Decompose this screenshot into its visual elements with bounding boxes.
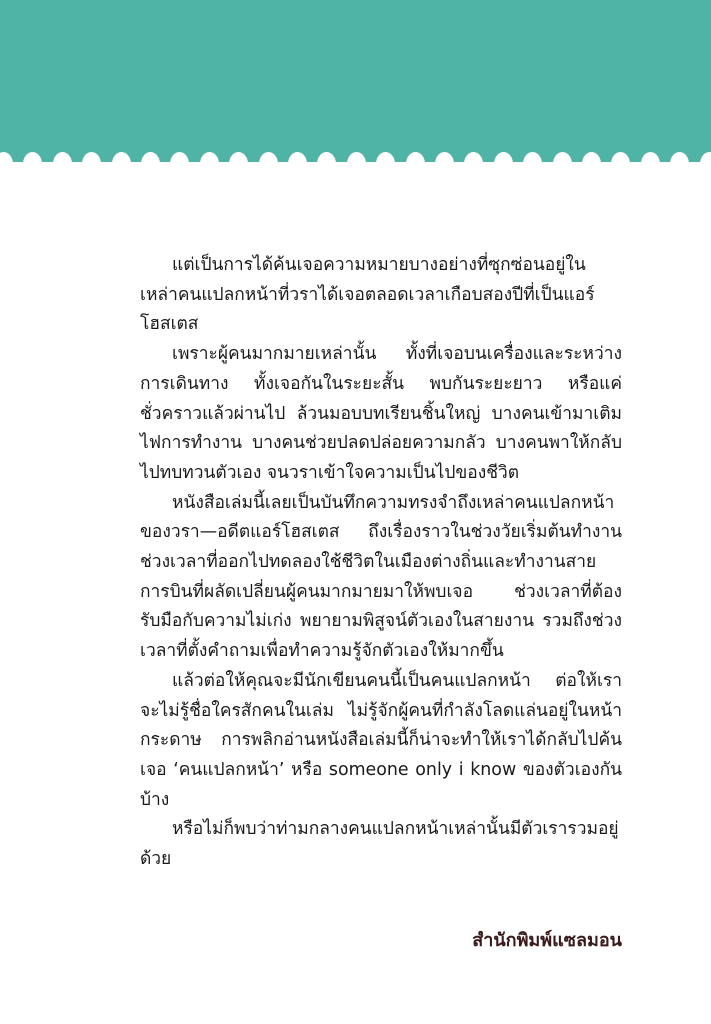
scallop-bump [170,152,189,172]
paragraph: เพราะผู้คนมากมายเหล่านั้น ทั้งที่เจอบนเค… [140,340,622,489]
scallop-bump [406,152,425,172]
paragraph: แต่เป็นการได้ค้นเจอความหมายบางอย่างที่ซุ… [140,251,622,340]
scalloped-edge [0,152,711,164]
scallop-bump [435,152,454,172]
scallop-bump [523,152,542,172]
scallop-bump [317,152,336,172]
scallop-bump [288,152,307,172]
scallop-bump [347,152,366,172]
header-band [0,0,711,162]
scallop-bump [582,152,601,172]
scallop-bump [611,152,630,172]
scallop-bump [376,152,395,172]
scallop-bump [700,152,711,172]
paragraph: หนังสือเล่มนี้เลยเป็นบันทึกความทรงจำถึงเ… [140,489,622,667]
scallop-bump [112,152,131,172]
paragraph: หรือไม่ก็พบว่าท่ามกลางคนแปลกหน้าเหล่านั้… [140,815,622,874]
scallop-bump [670,152,689,172]
scallop-bump [0,152,13,172]
scallop-bump [259,152,278,172]
publisher-signature: สำนักพิมพ์แซลมอน [472,928,622,954]
scallop-bump [229,152,248,172]
scallop-bump [82,152,101,172]
paragraph: แล้วต่อให้คุณจะมีนักเขียนคนนี้เป็นคนแปลก… [140,667,622,816]
scallop-bump [464,152,483,172]
body-text: แต่เป็นการได้ค้นเจอความหมายบางอย่างที่ซุ… [140,251,622,875]
scallop-bump [494,152,513,172]
scallop-bump [641,152,660,172]
scallop-bump [141,152,160,172]
scallop-bump [23,152,42,172]
scallop-bump [53,152,72,172]
scallop-bump [200,152,219,172]
scallop-bump [553,152,572,172]
